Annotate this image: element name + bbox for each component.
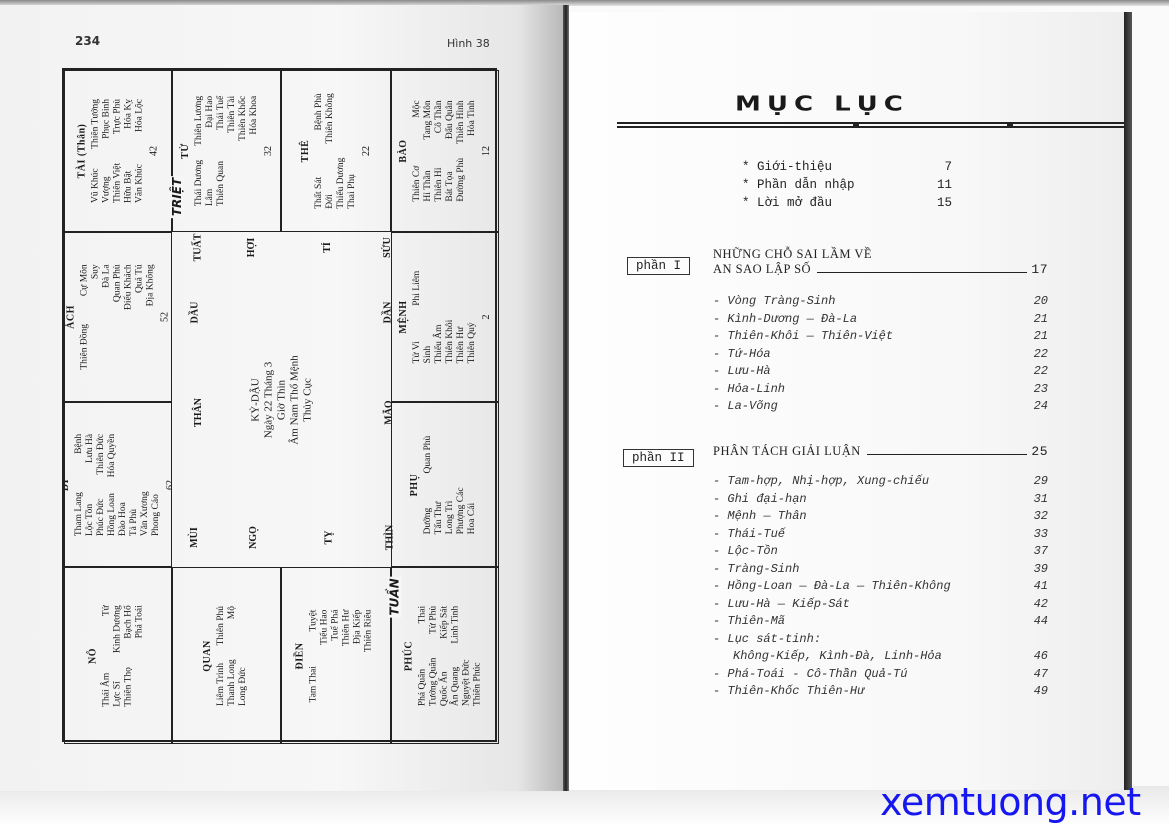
earthly-branch: NGỌ [248, 526, 259, 549]
entry-page: 22 [1034, 364, 1048, 382]
part-page: 17 [1031, 262, 1048, 277]
star-name: Tướng Quân [429, 657, 440, 705]
toc-entry[interactable]: - La-Võng24 [713, 399, 1048, 417]
star-name: Ân Quang [451, 657, 462, 705]
stars-right: BệnhLưu HàThiên ĐứcHóa Quyền [74, 433, 118, 477]
star-name: Hồng Loan [107, 491, 118, 536]
part-1-heading[interactable]: NHỮNG CHỖ SAI LẦM VỀ AN SAO LẬP SỐ 17 [713, 247, 1048, 277]
star-name: Thiên Quý [467, 320, 478, 364]
toc-entry[interactable]: - Ghi đại-hạn31 [713, 492, 1048, 510]
palace-name: NÔ [88, 648, 99, 664]
star-name: Mộc [412, 100, 423, 117]
entry-label: - Tứ-Hóa [713, 347, 771, 365]
star-name: Tử [102, 605, 113, 616]
palace-name: MỆNH [398, 300, 409, 333]
entry-page: 15 [937, 196, 952, 214]
entry-page: 11 [937, 178, 952, 196]
star-name: Sinh [423, 320, 434, 364]
part-title-line: NHỮNG CHỖ SAI LẦM VỀ [713, 247, 1048, 262]
palace-cell-tu: TỬThái DươngLâmThiên QuanThiên LươngĐại … [172, 70, 281, 232]
stars: Thất SátĐớiThiếu DươngThai PhụBệnh PhùTh… [314, 93, 358, 208]
star-name: Hóa Quyền [107, 433, 118, 477]
toc-entry[interactable]: - Thiên-Khốc Thiên-Hư49 [713, 684, 1048, 702]
star-name: Tử Vi [412, 320, 423, 364]
intro-list: * Giới-thiệu 7 * Phần dẫn nhập 11 * Lời … [742, 160, 952, 214]
entry-label: - Hỏa-Linh [713, 382, 785, 400]
star-name: Điếu Khách [124, 264, 135, 310]
entry-label: - Vòng Tràng-Sinh [713, 294, 835, 312]
earthly-branch: TUẤT [192, 234, 203, 262]
stars: Tử ViSinhThiếu ÂmThiên KhôiThiên HưThiên… [412, 271, 478, 364]
toc-entry[interactable]: * Giới-thiệu 7 [742, 160, 952, 178]
star-name: Văn Xương [140, 491, 151, 536]
part-page: 25 [1031, 444, 1048, 459]
palace-name: DI [64, 478, 71, 490]
star-name: Linh Tinh [451, 605, 462, 643]
entry-page: 7 [944, 160, 952, 178]
leader-line [817, 272, 1027, 273]
star-name: Liêm Trinh [216, 659, 227, 706]
toc-entry[interactable]: - Phá-Toái - Cô-Thần Quả-Tú47 [713, 667, 1048, 685]
toc-entry[interactable]: * Lời mở đầu 15 [742, 196, 952, 214]
star-name: Phúc Đức [96, 491, 107, 536]
stars-left: Tử ViSinhThiếu ÂmThiên KhôiThiên HưThiên… [412, 320, 478, 364]
part-2-badge: phần II [623, 449, 694, 467]
star-name: Cô Thần [434, 100, 445, 133]
star-name: Tham Lang [74, 491, 85, 536]
palace-content: QUANLiêm TrinhThanh LongLong ĐứcThiên Ph… [202, 572, 252, 739]
toc-entry[interactable]: - Lục sát-tinh: [713, 632, 1048, 650]
stars-left: Thiên CơHỉ ThầnThiên HỉBát TọaĐường Phù [412, 158, 467, 202]
star-name: Thiên Quan [216, 160, 227, 206]
star-name: Tử Phù [429, 605, 440, 633]
star-name: Bạch Hổ [124, 605, 135, 639]
star-name: Kiếp Sát [440, 605, 451, 638]
toc-entry[interactable]: - Tam-hợp, Nhị-hợp, Xung-chiếu29 [713, 474, 1048, 492]
palace-name: TỬ [180, 143, 191, 159]
rule-dot [853, 122, 859, 128]
part-title-line: AN SAO LẬP SỐ [713, 262, 811, 277]
stars: Vũ KhúcVượngThiên ViệtHữu BậtVăn KhúcThi… [91, 99, 146, 203]
earthly-branch: TÍ [322, 242, 333, 253]
stars-left: Thất SátĐớiThiếu DươngThai Phụ [314, 158, 358, 209]
star-name: Vũ Khúc [91, 163, 102, 203]
earthly-branch: THÂN [193, 398, 204, 427]
toc-entry[interactable]: - Tràng-Sinh39 [713, 562, 1048, 580]
star-name: Thiếu Âm [434, 320, 445, 364]
entry-label: - Lộc-Tồn [713, 544, 778, 562]
palace-name: PHỤ [409, 473, 420, 496]
title-rule [617, 122, 1124, 128]
star-name: Tiểu Hao [320, 609, 331, 644]
star-name: Thiên Hư [342, 609, 353, 646]
star-name: Thiên Hư [456, 320, 467, 364]
star-name: Lộc Tồn [85, 491, 96, 536]
palace-name: PHÚC [404, 640, 415, 670]
star-name: Thiên Đồng [80, 324, 91, 370]
birth-year: KỶ-DẬU [249, 355, 262, 444]
star-name: Thai [418, 605, 429, 622]
entry-label: - Ghi đại-hạn [713, 492, 807, 510]
star-name: Trực Phù [113, 99, 124, 134]
star-name: Phong Cáo [151, 491, 162, 536]
entry-page: 22 [1034, 347, 1048, 365]
entry-page: 21 [1034, 329, 1048, 347]
palace-cell-phuc: PHÚCPhá QuânTướng QuânQuốc ẤnÂn QuangNgu… [391, 567, 499, 744]
palace-cell-bao: BÀOThiên CơHỉ ThầnThiên HỉBát TọaĐường P… [391, 70, 499, 232]
stars: Thiên ĐồngCự MônSuyĐà LaQuan PhùĐiếu Khá… [80, 264, 157, 369]
palace-name: THÊ [300, 140, 311, 163]
palace-content: PHỤDưỡngTấu ThưLong TrìPhượng CácHoa Cái… [409, 407, 481, 562]
chart-center: KỶ-DẬUNgày 22 Tháng 3Giờ ThìnÂm Nam Thổ … [172, 232, 391, 567]
palace-content: THÊThất SátĐớiThiếu DươngThai PhụBệnh Ph… [300, 75, 372, 227]
toc-entry[interactable]: - Lộc-Tồn37 [713, 544, 1048, 562]
entry-page: 44 [1034, 614, 1048, 632]
palace-content: NÔThái ÂmLực SĩThiên ThọTửKình DươngBạch… [88, 572, 149, 739]
entry-page: 20 [1034, 294, 1048, 312]
stars-left: Phá QuânTướng QuânQuốc ẤnÂn QuangNguyệt … [418, 657, 484, 705]
stars-right: Thiên TướngPhục BinhTrực PhùHóa KỵHóa Lộ… [91, 99, 146, 149]
stars-right: Quan Phù [423, 435, 434, 473]
stars-left: DưỡngTấu ThưLong TrìPhượng CácHoa Cái [423, 487, 478, 534]
palace-content: DITham LangLộc TồnPhúc ĐứcHồng LoanĐào H… [64, 407, 172, 562]
toc-entry[interactable]: - Tứ-Hóa22 [713, 347, 1048, 365]
earthly-branch: HỢI [246, 238, 257, 257]
entry-page: 24 [1034, 399, 1048, 417]
entry-page: 39 [1034, 562, 1048, 580]
star-name: Địa Không [146, 264, 157, 306]
star-name: Thiên Cơ [412, 158, 423, 202]
star-name: Long Đức [238, 659, 249, 706]
palace-cell-the: THÊThất SátĐớiThiếu DươngThai PhụBệnh Ph… [281, 70, 391, 232]
entry-label: - Lục sát-tinh: [713, 632, 821, 650]
star-name: Hỏa Tinh [467, 100, 478, 136]
star-name: Hữu Bật [124, 163, 135, 203]
entry-label: - Mệnh — Thân [713, 509, 807, 527]
star-name: Tuế Phá [331, 609, 342, 640]
palace-name: QUAN [202, 640, 213, 671]
entry-label: - Thiên-Mã [713, 614, 785, 632]
earthly-branch: DẦN [382, 302, 393, 324]
star-name: Thiên Hỉ [434, 158, 445, 202]
entry-page: 21 [1034, 312, 1048, 330]
stars-right: Thiên LươngĐại HaoThái TuếThiên TàiThiên… [194, 96, 260, 146]
star-name: Đà La [102, 264, 113, 287]
star-name: Thiên Tài [227, 96, 238, 133]
entry-label: - Lưu-Hà [713, 364, 771, 382]
entry-label: - Lưu-Hà — Kiếp-Sát [713, 597, 850, 615]
stars-right: ThaiTử PhùKiếp SátLinh Tinh [418, 605, 462, 643]
star-name: Tuyệt [309, 609, 320, 631]
palace-age: 32 [263, 146, 274, 156]
palace-cell-ach: ÁCHThiên ĐồngCự MônSuyĐà LaQuan PhùĐiếu … [64, 232, 172, 402]
star-name: Đường Phù [456, 158, 467, 202]
entry-label: - Hồng-Loan — Đà-La — Thiên-Không [713, 579, 951, 597]
star-name: Thiên Thọ [124, 667, 135, 707]
palace-content: PHÚCPhá QuânTướng QuânQuốc ẤnÂn QuangNgu… [404, 572, 487, 739]
part-2-items: - Tam-hợp, Nhị-hợp, Xung-chiếu29- Ghi đạ… [713, 474, 1048, 702]
palace-age: 12 [481, 146, 492, 156]
star-name: Thiên Không [325, 93, 336, 143]
toc-title: MỤC LỤC [735, 92, 909, 116]
toc-entry[interactable]: - Lưu-Hà — Kiếp-Sát42 [713, 597, 1048, 615]
entry-label: - Kình-Dương — Đà-La [713, 312, 857, 330]
star-name: Thái Dương [194, 160, 205, 206]
star-name: Thiên Việt [113, 163, 124, 203]
star-name: Vượng [102, 163, 113, 203]
star-name: Hóa Lộc [135, 99, 146, 132]
star-name: Thiên Khôi [445, 320, 456, 364]
entry-page: 47 [1034, 667, 1048, 685]
entry-label: * Lời mở đầu [742, 196, 832, 214]
star-name: Thiên Tướng [91, 99, 102, 149]
stars-left: Thiên Đồng [80, 324, 91, 370]
tuan-marker: TUẦN [388, 576, 402, 617]
stars-left: Tam Thai [309, 666, 320, 702]
star-name: Lực Sĩ [113, 667, 124, 707]
star-name: Lâm [205, 160, 216, 206]
star-name: Tam Thai [309, 666, 320, 702]
toc-entry[interactable]: - Hỏa-Linh23 [713, 382, 1048, 400]
toc-entry[interactable]: Không-Kiếp, Kình-Đà, Linh-Hỏa46 [713, 649, 1048, 667]
stars-left: Tham LangLộc TồnPhúc ĐứcHồng LoanĐào Hoa… [74, 491, 162, 536]
entry-label: - Thái-Tuế [713, 527, 785, 545]
stars-left: Liêm TrinhThanh LongLong Đức [216, 659, 249, 706]
stars-right: MộcTang MônCô ThầnĐẩu QuânThiên HìnhHỏa … [412, 100, 478, 144]
entry-page: 37 [1034, 544, 1048, 562]
page-edge [1124, 12, 1132, 790]
star-name: Phục Binh [102, 99, 113, 139]
entry-page: 42 [1034, 597, 1048, 615]
star-name: Thiếu Dương [336, 158, 347, 209]
stars-left: Vũ KhúcVượngThiên ViệtHữu BậtVăn Khúc [91, 163, 146, 203]
earthly-branch: THÌN [384, 525, 395, 551]
entry-label: * Phần dẫn nhập [742, 178, 855, 196]
palace-content: TÀI (Thân)Vũ KhúcVượngThiên ViệtHữu BậtV… [77, 75, 160, 227]
star-name: Văn Khúc [135, 163, 146, 203]
palace-name: BÀO [398, 139, 409, 162]
stars: Liêm TrinhThanh LongLong ĐứcThiên PhủMộ [216, 605, 249, 705]
star-name: Hoa Cái [467, 487, 478, 534]
stars: Tham LangLộc TồnPhúc ĐứcHồng LoanĐào Hoa… [74, 433, 162, 535]
birth-hour: Giờ Thìn [275, 355, 288, 444]
watermark-logo[interactable]: xemtuong.net [880, 782, 1141, 822]
star-name: Tả Phù [129, 491, 140, 536]
star-name: Bệnh [74, 433, 85, 453]
entry-label: - Thiên-Khốc Thiên-Hư [713, 684, 864, 702]
star-name: Thiên Đức [96, 433, 107, 474]
star-name: Kình Dương [113, 605, 124, 653]
palace-content: ĐIỀNTam ThaiTuyệtTiểu HaoTuế PháThiên Hư… [295, 572, 378, 739]
toc-entry[interactable]: * Phần dẫn nhập 11 [742, 178, 952, 196]
star-name: Long Trì [445, 487, 456, 534]
star-name: Đại Hao [205, 96, 216, 128]
part-1-items: - Vòng Tràng-Sinh20- Kình-Dương — Đà-La2… [713, 294, 1048, 417]
star-name: Quan Phù [423, 435, 434, 473]
star-name: Phá Toái [135, 605, 146, 638]
palace-age: 42 [149, 146, 160, 156]
palace-content: BÀOThiên CơHỉ ThầnThiên HỉBát TọaĐường P… [398, 75, 492, 227]
star-name: Quan Phù [113, 264, 124, 302]
star-name: Thai Phụ [347, 158, 358, 209]
star-name: Thiên Phúc [473, 657, 484, 705]
palace-cell-tai: TÀI (Thân)Vũ KhúcVượngThiên ViệtHữu BậtV… [64, 70, 172, 232]
star-name: Bệnh Phù [314, 93, 325, 130]
star-name: Thất Sát [314, 158, 325, 209]
stars-right: Phi Liêm [412, 271, 423, 306]
earthly-branch: MÙI [189, 527, 200, 548]
entry-page: 46 [1034, 649, 1048, 667]
palace-cell-menh: MỆNHTử ViSinhThiếu ÂmThiên KhôiThiên HưT… [391, 232, 499, 402]
toc-entry[interactable]: - Lưu-Hà22 [713, 364, 1048, 382]
star-name: Thanh Long [227, 659, 238, 706]
toc-entry[interactable]: - Thái-Tuế33 [713, 527, 1048, 545]
palace-content: TỬThái DươngLâmThiên QuanThiên LươngĐại … [180, 75, 274, 227]
palace-age: 62 [165, 480, 172, 490]
entry-label: - Tràng-Sinh [713, 562, 799, 580]
entry-page: 49 [1034, 684, 1048, 702]
entry-label: * Giới-thiệu [742, 160, 832, 178]
stars: Tam ThaiTuyệtTiểu HaoTuế PháThiên HưĐịa … [309, 609, 375, 702]
palace-cell-dien: ĐIỀNTam ThaiTuyệtTiểu HaoTuế PháThiên Hư… [281, 567, 391, 744]
entry-label: - Phá-Toái - Cô-Thần Quả-Tú [713, 667, 907, 685]
earthly-branch: SỬU [382, 237, 393, 258]
star-name: Cự Môn [80, 264, 91, 296]
star-name: Thái Tuế [216, 96, 227, 130]
stars-right: Thiên PhủMộ [216, 605, 238, 644]
star-name: Thái Âm [102, 667, 113, 707]
birth-date: Ngày 22 Tháng 3 [262, 355, 275, 444]
palace-cell-phu: PHỤDưỡngTấu ThưLong TrìPhượng CácHoa Cái… [391, 402, 499, 567]
horoscope-chart: TÀI (Thân)Vũ KhúcVượngThiên ViệtHữu BậtV… [62, 68, 497, 742]
palace-age: 22 [361, 146, 372, 156]
toc-entry[interactable]: - Vòng Tràng-Sinh20 [713, 294, 1048, 312]
leader-line [867, 454, 1028, 455]
star-name: Thiên Khốc [238, 96, 249, 141]
star-name: Nguyệt Đức [462, 657, 473, 705]
birth-cuc: Thủy Cục [301, 355, 314, 444]
entry-label: Không-Kiếp, Kình-Đà, Linh-Hỏa [713, 649, 942, 667]
rule-dot [1007, 122, 1013, 128]
entry-page: 23 [1034, 382, 1048, 400]
star-name: Thiên Phủ [216, 605, 227, 644]
entry-label: - La-Võng [713, 399, 778, 417]
star-name: Hóa Khoa [249, 96, 260, 135]
star-name: Hóa Kỵ [124, 99, 135, 129]
entry-label: - Thiên-Khôi — Thiên-Việt [713, 329, 893, 347]
stars-left: Thái ÂmLực SĩThiên Thọ [102, 667, 135, 707]
star-name: Mộ [227, 605, 238, 618]
star-name: Thiên Hình [456, 100, 467, 144]
palace-name: TÀI (Thân) [77, 124, 88, 179]
star-name: Dưỡng [423, 487, 434, 534]
page-number: 234 [75, 34, 100, 48]
entry-page: 29 [1034, 474, 1048, 492]
stars: DưỡngTấu ThưLong TrìPhượng CácHoa CáiQua… [423, 435, 478, 534]
birth-info: KỶ-DẬUNgày 22 Tháng 3Giờ ThìnÂm Nam Thổ … [249, 355, 314, 444]
entry-page: 41 [1034, 579, 1048, 597]
toc-entry[interactable]: - Thiên-Khôi — Thiên-Việt21 [713, 329, 1048, 347]
part-title-line: PHÂN TÁCH GIẢI LUẬN [713, 444, 861, 459]
star-name: Tang Môn [423, 100, 434, 139]
star-name: Lưu Hà [85, 433, 96, 462]
stars-right: Cự MônSuyĐà LaQuan PhùĐiếu KháchQuả TúĐị… [80, 264, 157, 310]
entry-page: 32 [1034, 509, 1048, 527]
star-name: Hỉ Thần [423, 158, 434, 202]
star-name: Quả Tú [135, 264, 146, 293]
entry-page: 31 [1034, 492, 1048, 510]
stars-right: TuyệtTiểu HaoTuế PháThiên HưĐịa KiếpThiê… [309, 609, 375, 651]
stars-right: TửKình DươngBạch HổPhá Toái [102, 605, 146, 653]
toc-entry[interactable]: - Thiên-Mã44 [713, 614, 1048, 632]
toc-entry[interactable]: - Kình-Dương — Đà-La21 [713, 312, 1048, 330]
entry-label: - Tam-hợp, Nhị-hợp, Xung-chiếu [713, 474, 929, 492]
star-name: Thiên Lương [194, 96, 205, 146]
part-1-badge: phần I [627, 257, 690, 275]
star-name: Địa Kiếp [353, 609, 364, 644]
triet-marker: TRIỆT [170, 176, 184, 218]
star-name: Suy [91, 264, 102, 279]
star-name: Phi Liêm [412, 271, 423, 306]
palace-name: ÁCH [66, 305, 77, 329]
palace-name: ĐIỀN [295, 642, 306, 669]
star-name: Thiên Riêu [364, 609, 375, 651]
star-name: Đào Hoa [118, 491, 129, 536]
stars: Thái ÂmLực SĩThiên ThọTửKình DươngBạch H… [102, 605, 146, 707]
star-name: Bát Tọa [445, 158, 456, 202]
stars: Thiên CơHỉ ThầnThiên HỉBát TọaĐường PhùM… [412, 100, 478, 201]
palace-content: ÁCHThiên ĐồngCự MônSuyĐà LaQuan PhùĐiếu … [66, 237, 171, 397]
star-name: Phá Quân [418, 657, 429, 705]
stars: Phá QuânTướng QuânQuốc ẤnÂn QuangNguyệt … [418, 605, 484, 705]
figure-label: Hình 38 [447, 37, 490, 50]
toc-entry[interactable]: - Mệnh — Thân32 [713, 509, 1048, 527]
stars-right: Bệnh PhùThiên Không [314, 93, 336, 143]
palace-content: MỆNHTử ViSinhThiếu ÂmThiên KhôiThiên HưT… [398, 237, 492, 397]
palace-age: 52 [160, 312, 171, 322]
palace-cell-di: DITham LangLộc TồnPhúc ĐứcHồng LoanĐào H… [64, 402, 172, 567]
palace-cell-quan: QUANLiêm TrinhThanh LongLong ĐứcThiên Ph… [172, 567, 281, 744]
part-2-heading[interactable]: PHÂN TÁCH GIẢI LUẬN 25 [713, 444, 1048, 459]
star-name: Đới [325, 158, 336, 209]
stars-left: Thái DươngLâmThiên Quan [194, 160, 227, 206]
star-name: Tấu Thư [434, 487, 445, 534]
earthly-branch: DẦU [189, 302, 200, 324]
palace-cell-no: NÔThái ÂmLực SĩThiên ThọTửKình DươngBạch… [64, 567, 172, 744]
earthly-branch: TỴ [323, 531, 334, 545]
star-name: Phượng Các [456, 487, 467, 534]
entry-page: 33 [1034, 527, 1048, 545]
birth-gender-element: Âm Nam Thổ Mệnh [288, 355, 301, 444]
star-name: Quốc Ấn [440, 657, 451, 705]
star-name: Đẩu Quân [445, 100, 456, 139]
toc-entry[interactable]: - Hồng-Loan — Đà-La — Thiên-Không41 [713, 579, 1048, 597]
stars: Thái DươngLâmThiên QuanThiên LươngĐại Ha… [194, 96, 260, 206]
earthly-branch: MÃO [384, 400, 395, 424]
palace-age: 2 [481, 315, 492, 320]
